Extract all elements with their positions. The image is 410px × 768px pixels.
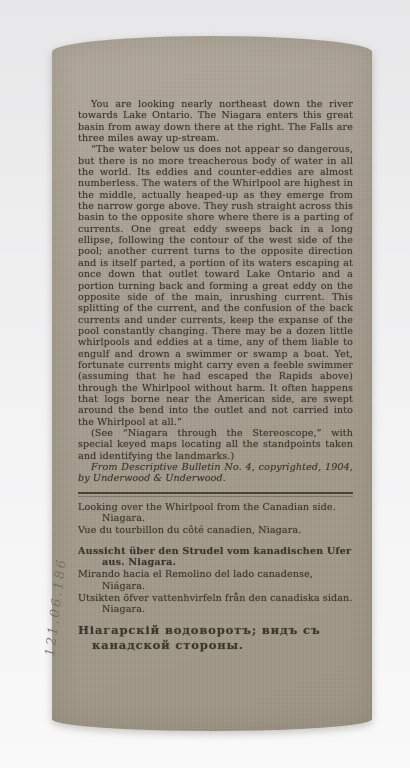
section-divider (78, 492, 353, 496)
caption-list: Looking over the Whirlpool from the Cana… (78, 502, 353, 654)
description-paragraph-1: You are looking nearly northeast down th… (78, 99, 353, 144)
photo-background: 121.06.186 You are looking nearly northe… (0, 0, 410, 768)
caption-german: Aussicht über den Strudel vom kanadische… (78, 546, 353, 569)
description-text: You are looking nearly northeast down th… (78, 99, 353, 655)
caption-french: Vue du tourbillon du côté canadien, Niag… (78, 525, 353, 536)
description-paragraph-3: (See “Niagara through the Stereoscope,” … (78, 428, 353, 462)
description-paragraph-2: “The water below us does not appear so d… (78, 144, 353, 428)
caption-spanish: Mirando hacia el Remolino del lado canad… (78, 569, 353, 592)
attribution-line: From Descriptive Bulletin No. 4, copyrig… (78, 462, 353, 485)
stereocard-back: 121.06.186 You are looking nearly northe… (52, 36, 372, 731)
caption-english: Looking over the Whirlpool from the Cana… (78, 502, 353, 525)
handwritten-catalog-number: 121.06.186 (41, 542, 73, 673)
caption-russian: Ніагарскій водоворотъ; видъ съ канадской… (78, 623, 353, 654)
caption-swedish: Utsikten öfver vattenhvirfeln från den c… (78, 593, 353, 616)
